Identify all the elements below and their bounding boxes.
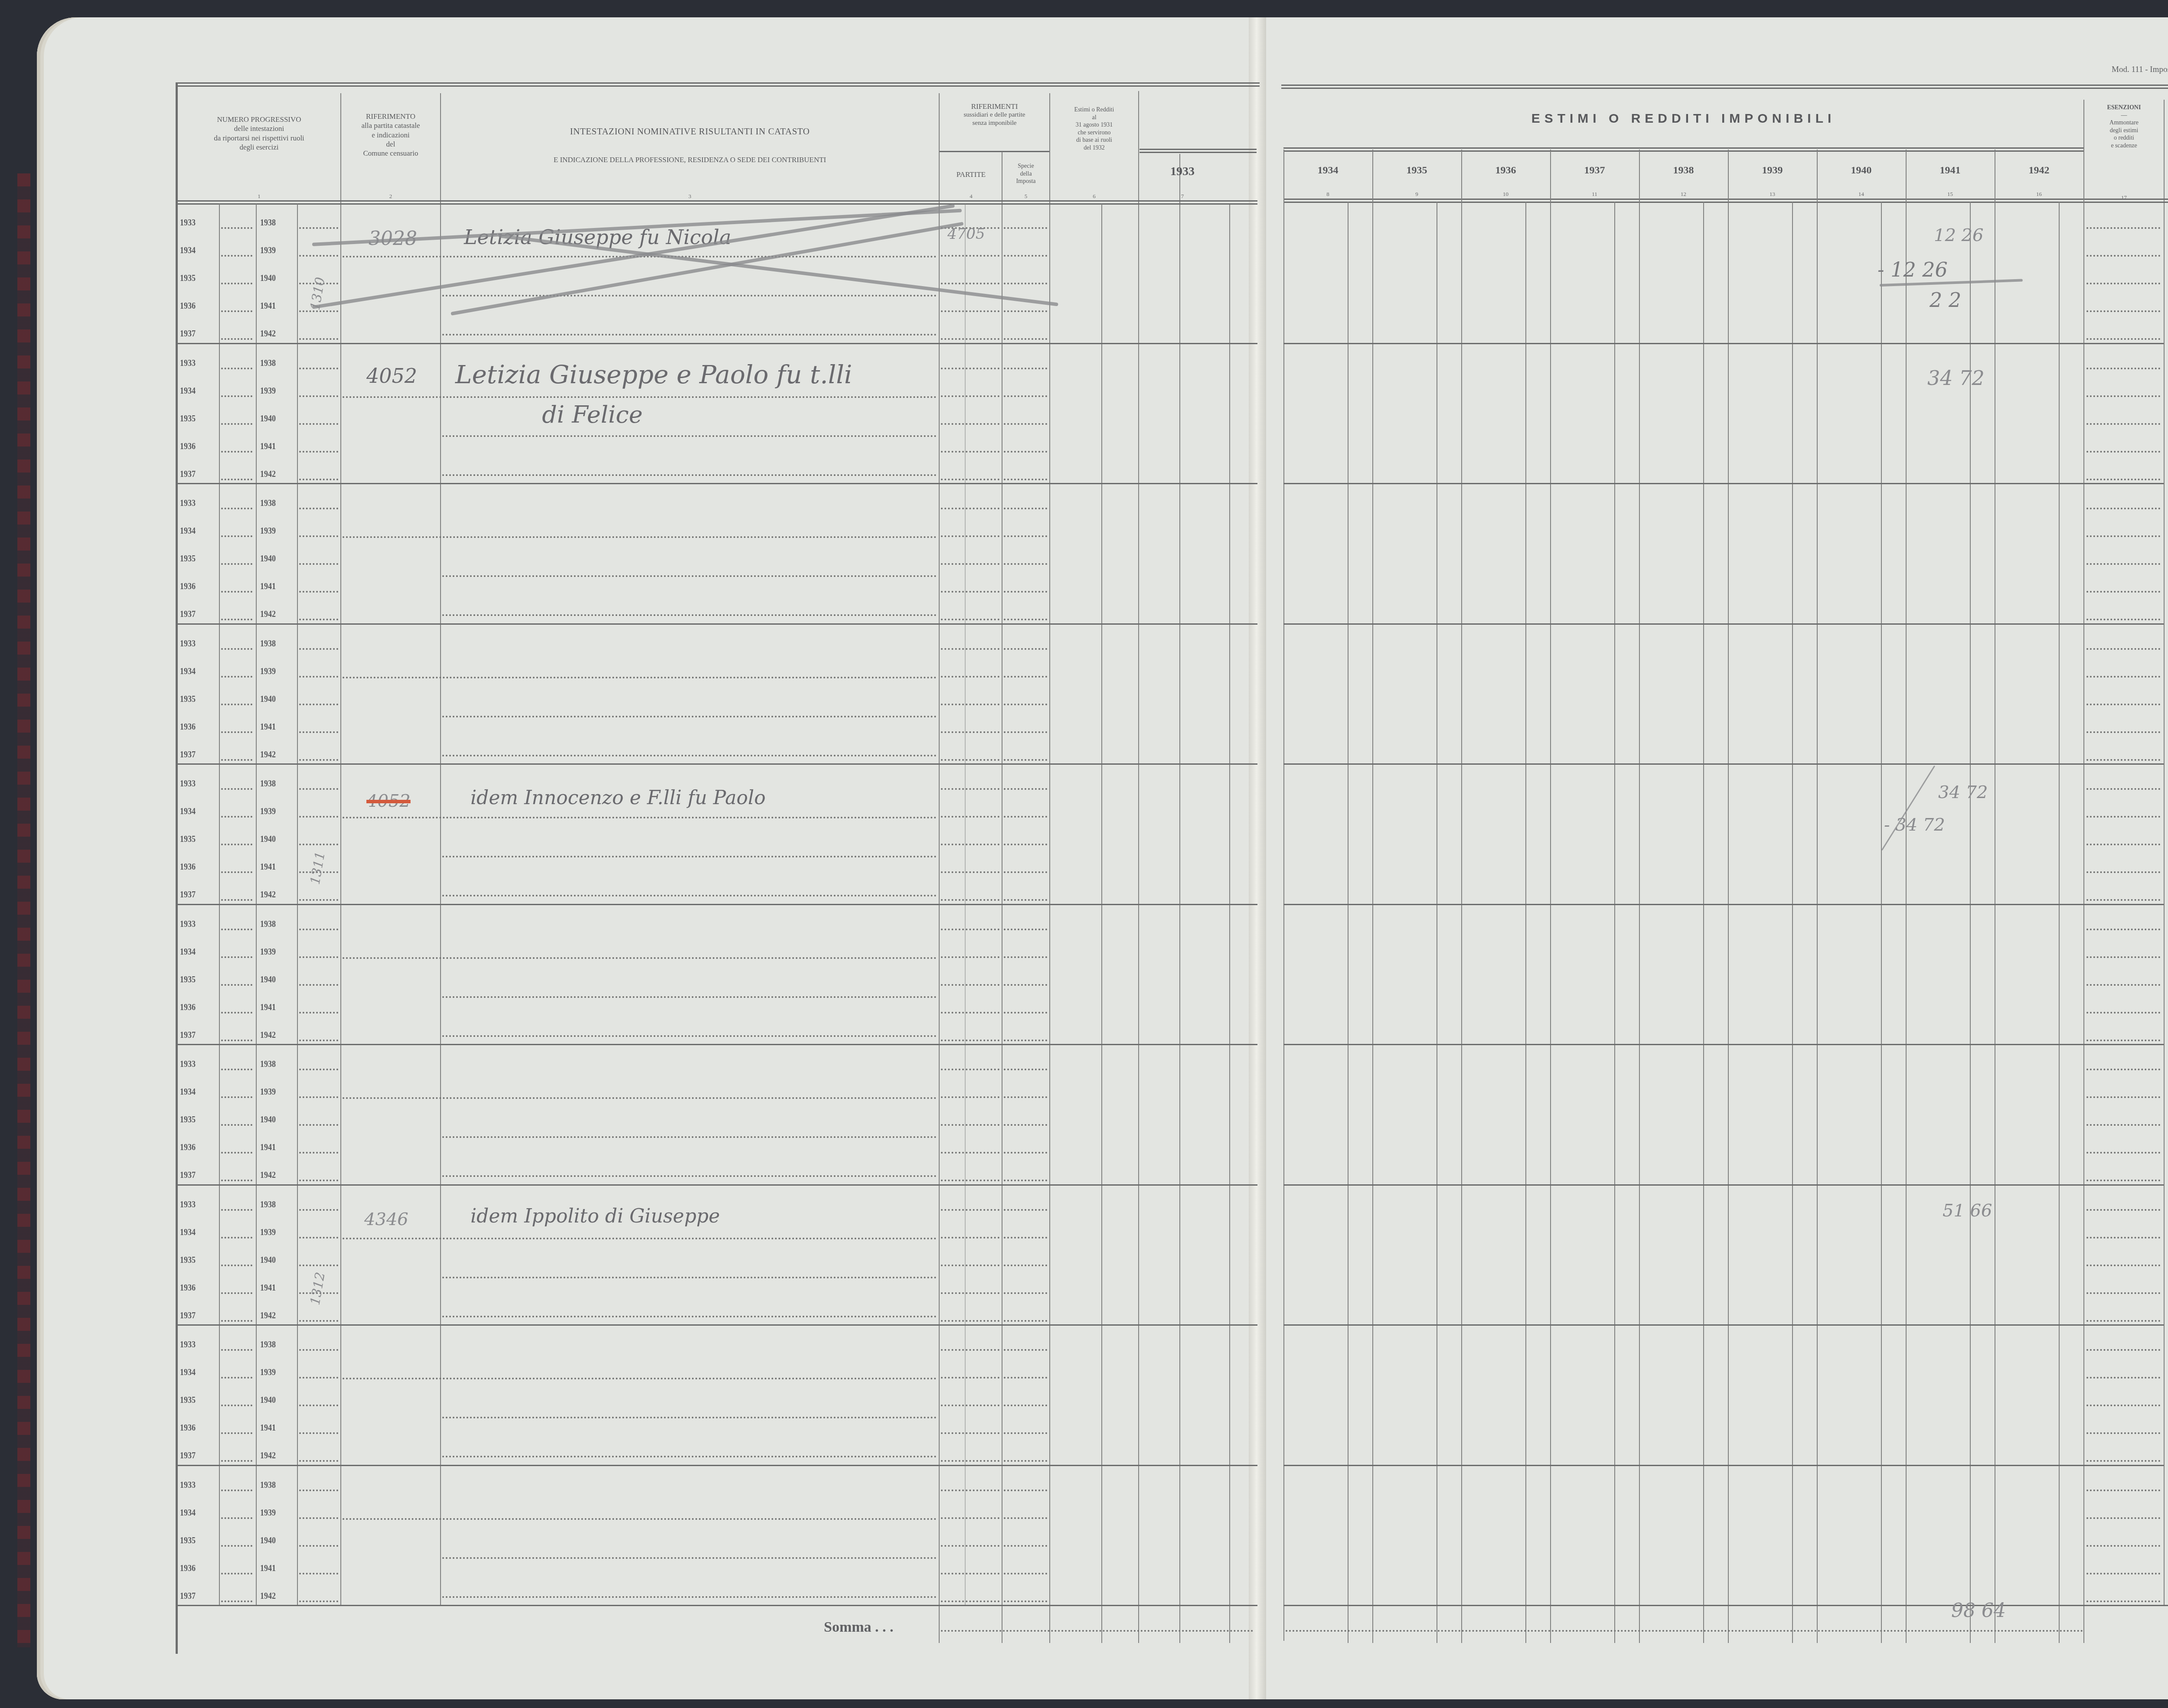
row-year-left: 1936	[180, 580, 196, 592]
dotted-line	[1004, 368, 1047, 369]
dotted-line	[1004, 310, 1047, 312]
header-line: Ammontare	[2084, 119, 2164, 127]
row-year-right: 1939	[260, 1226, 276, 1238]
dotted-line	[1004, 648, 1047, 650]
header-year-1936: 1936	[1461, 164, 1550, 177]
dotted-line	[299, 984, 338, 986]
row-year-right: 1939	[260, 244, 276, 256]
dotted-line	[221, 929, 252, 930]
cents-divider	[1703, 202, 1704, 1643]
dotted-line	[941, 956, 999, 958]
dotted-line	[1004, 423, 1047, 425]
header-esenzioni: ESENZIONI — Ammontare degli estimi o red…	[2084, 104, 2164, 150]
row-year-left: 1935	[180, 833, 196, 844]
somma-label: Somma . . .	[824, 1619, 894, 1636]
dotted-line	[442, 334, 937, 336]
block-divider	[178, 763, 1257, 765]
header-line: della	[1002, 170, 1049, 178]
entry-amount-1941: 51 66	[1943, 1201, 1992, 1221]
dotted-line	[299, 956, 338, 958]
dotted-line	[1004, 871, 1047, 873]
row-year-left: 1934	[180, 385, 196, 396]
dotted-line	[941, 1096, 999, 1098]
header-line: sussidiari e delle partite	[940, 111, 1049, 119]
dotted-line	[941, 395, 999, 397]
dotted-line	[1004, 844, 1047, 845]
dotted-line	[2086, 508, 2160, 509]
dotted-line	[1004, 1152, 1047, 1154]
dotted-line	[299, 423, 338, 425]
dotted-line	[299, 1517, 338, 1519]
column-number: 16	[1995, 191, 2083, 198]
dotted-line	[1004, 338, 1047, 340]
header-riferimenti-sussidiari: RIFERIMENTI sussidiari e delle partite s…	[940, 102, 1049, 127]
table-top-border	[1281, 85, 2168, 89]
row-year-left: 1937	[180, 749, 196, 760]
row-year-right: 1941	[260, 1422, 276, 1433]
dotted-line	[221, 368, 252, 369]
dotted-line	[2086, 1265, 2160, 1266]
dotted-line	[941, 1349, 999, 1351]
dotted-line	[2086, 479, 2160, 480]
dotted-line	[2086, 844, 2160, 845]
dotted-line	[941, 255, 999, 257]
dotted-line	[299, 1432, 338, 1434]
dotted-line	[941, 816, 999, 818]
dotted-line	[1004, 1096, 1047, 1098]
dotted-line	[1004, 676, 1047, 678]
dotted-line	[442, 755, 937, 756]
dotted-line	[1004, 1349, 1047, 1351]
dotted-line	[1004, 479, 1047, 480]
dotted-line	[2086, 1405, 2160, 1406]
dotted-line	[941, 704, 999, 705]
dotted-line	[941, 1292, 999, 1294]
dotted-line	[442, 575, 937, 577]
dotted-line	[299, 648, 338, 650]
dotted-line	[299, 563, 338, 565]
dotted-line	[1004, 704, 1047, 705]
row-year-right: 1941	[260, 300, 276, 311]
column-divider	[965, 204, 966, 1606]
dotted-line	[941, 731, 999, 733]
dotted-line	[221, 676, 252, 678]
dotted-line	[2086, 788, 2160, 790]
dotted-line	[2086, 1349, 2160, 1351]
header-line: degli estimi	[2084, 127, 2164, 135]
dotted-line	[2086, 731, 2160, 733]
dotted-line	[941, 451, 999, 453]
dotted-line	[941, 1460, 999, 1462]
block-divider	[1283, 483, 2164, 484]
row-year-left: 1937	[180, 889, 196, 900]
block-divider	[1283, 1605, 2168, 1606]
dotted-line	[1004, 1432, 1047, 1434]
dotted-line	[442, 474, 937, 476]
row-year-right: 1938	[260, 1199, 276, 1210]
header-line: da riportarsi nei rispettivi ruoli	[178, 134, 340, 143]
dotted-line	[299, 338, 338, 340]
dotted-line	[2086, 984, 2160, 986]
header-year-1939: 1939	[1728, 164, 1817, 177]
row-year-left: 1937	[180, 1590, 196, 1601]
header-bottom-border	[1283, 199, 2168, 203]
dotted-line	[221, 1320, 252, 1322]
column-divider	[1002, 152, 1002, 1643]
dotted-line	[442, 1277, 937, 1278]
row-year-left: 1936	[180, 1562, 196, 1574]
entry-partita-struck: 4052	[366, 791, 411, 811]
dotted-line	[221, 283, 252, 284]
dotted-line	[1004, 759, 1047, 761]
dotted-line	[2086, 704, 2160, 705]
dotted-line	[299, 535, 338, 537]
block-divider	[1283, 1044, 2164, 1045]
block-divider	[178, 1465, 1257, 1466]
row-year-left: 1937	[180, 608, 196, 619]
row-year-left: 1933	[180, 1199, 196, 1210]
dotted-line	[2086, 1180, 2160, 1181]
row-year-right: 1938	[260, 1479, 276, 1490]
dotted-line	[299, 1545, 338, 1547]
row-year-right: 1939	[260, 525, 276, 536]
dotted-line	[941, 676, 999, 678]
column-number: 13	[1728, 191, 1817, 198]
row-year-right: 1939	[260, 1366, 276, 1378]
column-divider	[1138, 91, 1139, 1643]
column-divider	[939, 93, 940, 1643]
dotted-line	[299, 704, 338, 705]
row-year-left: 1937	[180, 1029, 196, 1040]
dotted-line	[299, 1265, 338, 1266]
row-year-right: 1939	[260, 665, 276, 677]
dotted-line	[941, 788, 999, 790]
entry-name: idem Ippolito di Giuseppe	[470, 1205, 720, 1227]
dotted-line	[1004, 619, 1047, 620]
dotted-line	[941, 1432, 999, 1434]
dotted-line	[2086, 563, 2160, 565]
dotted-line	[941, 1545, 999, 1547]
row-year-right: 1940	[260, 833, 276, 844]
block-divider	[1283, 1324, 2164, 1326]
dotted-line	[2086, 1237, 2160, 1239]
block-divider	[178, 343, 1257, 344]
row-year-left: 1937	[180, 1310, 196, 1321]
dotted-line	[299, 1349, 338, 1351]
entry-name: Letizia Giuseppe e Paolo fu t.lli	[455, 360, 852, 389]
header-year-1934: 1934	[1283, 164, 1372, 177]
dotted-line	[941, 1265, 999, 1266]
header-estimi-1931: Estimi o Redditi al 31 agosto 1931 che s…	[1050, 106, 1138, 152]
entry-amount-1941: 34 72	[1938, 782, 1988, 802]
dotted-line	[941, 759, 999, 761]
dotted-line	[221, 1040, 252, 1041]
dotted-line	[221, 563, 252, 565]
dotted-line	[299, 395, 338, 397]
entry-name: idem Innocenzo e F.lli fu Paolo	[470, 787, 766, 809]
dotted-line	[1004, 535, 1047, 537]
row-year-right: 1941	[260, 721, 276, 732]
dotted-line	[1004, 1600, 1047, 1602]
dotted-line	[221, 1573, 252, 1574]
dotted-line	[221, 1209, 252, 1211]
dotted-line	[2086, 956, 2160, 958]
dotted-line	[442, 1136, 937, 1138]
entry-name-line2: di Felice	[542, 401, 643, 428]
row-year-left: 1933	[180, 1479, 196, 1490]
dotted-line	[221, 479, 252, 480]
dotted-line	[442, 1596, 937, 1598]
block-divider	[178, 1324, 1257, 1326]
row-year-left: 1935	[180, 413, 196, 424]
row-year-left: 1936	[180, 721, 196, 732]
row-year-left: 1936	[180, 1141, 196, 1153]
column-number: 6	[1050, 193, 1138, 200]
dotted-line	[1004, 1573, 1047, 1574]
dotted-line	[221, 1096, 252, 1098]
cents-divider	[1881, 202, 1882, 1643]
row-year-right: 1939	[260, 805, 276, 817]
header-line: alla partita catastale	[341, 121, 440, 130]
row-year-right: 1938	[260, 1339, 276, 1350]
dotted-line	[941, 1012, 999, 1014]
dotted-line	[299, 368, 338, 369]
block-divider	[1283, 904, 2164, 905]
dotted-line	[343, 536, 937, 538]
row-year-right: 1940	[260, 1254, 276, 1265]
row-year-left: 1937	[180, 1169, 196, 1180]
column-number: 12	[1639, 191, 1728, 198]
row-year-right: 1940	[260, 413, 276, 424]
header-year-1935: 1935	[1372, 164, 1461, 177]
column-divider	[1372, 150, 1373, 1643]
dotted-line	[221, 619, 252, 620]
entry-amount-1941: 12 26	[1934, 225, 1984, 245]
dotted-line	[299, 1180, 338, 1181]
dotted-line	[1004, 1012, 1047, 1014]
dotted-line	[941, 648, 999, 650]
dotted-line	[221, 1490, 252, 1491]
cents-divider	[1525, 202, 1526, 1643]
dotted-line	[221, 1517, 252, 1519]
dotted-line	[941, 1152, 999, 1154]
cents-divider	[1348, 202, 1348, 1643]
row-year-right: 1942	[260, 1590, 276, 1601]
dotted-line	[221, 451, 252, 453]
row-year-left: 1936	[180, 440, 196, 452]
cents-divider	[2059, 202, 2060, 1643]
header-line: del	[341, 140, 440, 149]
somma-dotted-line	[941, 1630, 1253, 1632]
dotted-line	[2086, 423, 2160, 425]
dotted-line	[343, 1378, 937, 1379]
row-year-left: 1937	[180, 468, 196, 479]
dotted-line	[299, 1490, 338, 1491]
dotted-line	[299, 1377, 338, 1379]
row-year-right: 1941	[260, 861, 276, 872]
dotted-line	[221, 1377, 252, 1379]
row-year-left: 1933	[180, 497, 196, 508]
dotted-line	[941, 871, 999, 873]
dotted-line	[221, 1152, 252, 1154]
dotted-line	[941, 1180, 999, 1181]
dotted-line	[1004, 227, 1047, 229]
dotted-line	[1004, 395, 1047, 397]
row-year-right: 1941	[260, 1141, 276, 1153]
dotted-line	[2086, 1320, 2160, 1322]
row-year-left: 1934	[180, 244, 196, 256]
dotted-line	[941, 1600, 999, 1602]
row-year-right: 1941	[260, 580, 276, 592]
dotted-line	[299, 1573, 338, 1574]
block-divider	[178, 623, 1257, 625]
dotted-line	[442, 1035, 937, 1037]
dotted-line	[2086, 816, 2160, 818]
dotted-line	[1004, 451, 1047, 453]
dotted-line	[2086, 1292, 2160, 1294]
header-title: NUMERO PROGRESSIVO	[178, 115, 340, 124]
row-year-right: 1942	[260, 468, 276, 479]
row-year-right: 1942	[260, 328, 276, 339]
block-divider	[178, 483, 1257, 484]
dotted-line	[299, 759, 338, 761]
header-year-1941: 1941	[1906, 164, 1995, 177]
header-title: RIFERIMENTO	[341, 112, 440, 121]
dotted-line	[343, 396, 937, 398]
dotted-line	[221, 1124, 252, 1126]
column-divider	[1049, 93, 1050, 1643]
dotted-line	[2086, 1377, 2160, 1379]
dotted-line	[221, 1265, 252, 1266]
header-line: delle intestazioni	[178, 124, 340, 133]
dotted-line	[442, 1316, 937, 1317]
dotted-line	[442, 435, 937, 437]
dotted-line	[343, 677, 937, 678]
dotted-line	[941, 984, 999, 986]
row-year-left: 1933	[180, 638, 196, 649]
dotted-line	[1004, 1377, 1047, 1379]
dotted-line	[221, 1545, 252, 1547]
column-divider	[1179, 154, 1180, 1643]
dotted-line	[1004, 899, 1047, 901]
dotted-line	[442, 996, 937, 998]
header-line: di base ai ruoli	[1050, 137, 1138, 144]
row-year-left: 1936	[180, 1282, 196, 1293]
block-divider	[178, 904, 1257, 905]
dotted-line	[299, 591, 338, 593]
dotted-line	[299, 255, 338, 257]
header-line: Specie	[1002, 163, 1049, 170]
column-divider	[1995, 150, 1995, 1643]
dotted-line	[941, 1377, 999, 1379]
dotted-line	[221, 1405, 252, 1406]
header-subdivider	[1140, 149, 1257, 153]
dotted-line	[221, 1237, 252, 1239]
row-year-left: 1936	[180, 861, 196, 872]
header-estimi-imponibili: ESTIMI O REDDITI IMPONIBILI	[1283, 111, 2083, 127]
dotted-line	[221, 423, 252, 425]
dotted-line	[221, 984, 252, 986]
dotted-line	[1004, 1124, 1047, 1126]
dotted-line	[343, 957, 937, 959]
dotted-line	[442, 1417, 937, 1418]
dotted-line	[1004, 1265, 1047, 1266]
header-line: degli esercizi	[178, 143, 340, 152]
row-year-right: 1940	[260, 1535, 276, 1546]
dotted-line	[2086, 255, 2160, 257]
dotted-line	[299, 508, 338, 509]
dotted-line	[221, 704, 252, 705]
dotted-line	[221, 1600, 252, 1602]
block-divider	[1283, 1465, 2164, 1466]
dotted-line	[941, 929, 999, 930]
dotted-line	[221, 871, 252, 873]
header-line: Comune censuario	[341, 149, 440, 158]
dotted-line	[343, 1097, 937, 1099]
row-year-right: 1939	[260, 385, 276, 396]
dotted-line	[1004, 591, 1047, 593]
row-year-left: 1933	[180, 1058, 196, 1069]
dotted-line	[2086, 929, 2160, 930]
row-year-left: 1935	[180, 553, 196, 564]
dotted-line	[2086, 899, 2160, 901]
block-divider	[1283, 1184, 2164, 1186]
row-year-left: 1933	[180, 217, 196, 228]
dotted-line	[1004, 1490, 1047, 1491]
header-line: o redditi	[2084, 134, 2164, 142]
row-year-right: 1939	[260, 946, 276, 957]
header-year-1933: 1933	[1139, 164, 1226, 179]
row-year-right: 1940	[260, 693, 276, 704]
dotted-line	[1004, 788, 1047, 790]
row-year-left: 1934	[180, 1226, 196, 1238]
row-year-left: 1935	[180, 1254, 196, 1265]
header-line: Estimi o Redditi	[1050, 106, 1138, 114]
header-year-1938: 1938	[1639, 164, 1728, 177]
dotted-line	[941, 368, 999, 369]
column-divider	[2164, 100, 2165, 1606]
column-divider	[1229, 204, 1230, 1643]
block-divider	[1283, 763, 2164, 765]
column-divider	[1639, 150, 1640, 1643]
dotted-line	[2086, 338, 2160, 340]
header-line: senza imponibile	[940, 119, 1049, 127]
dotted-line	[941, 423, 999, 425]
dotted-line	[1004, 1180, 1047, 1181]
dotted-line	[221, 591, 252, 593]
block-divider	[1283, 623, 2164, 625]
row-year-right: 1941	[260, 440, 276, 452]
dotted-line	[299, 1096, 338, 1098]
dotted-line	[941, 591, 999, 593]
column-number: 3	[441, 193, 939, 200]
dotted-line	[299, 1124, 338, 1126]
dotted-line	[1004, 1069, 1047, 1070]
dotted-line	[1004, 1545, 1047, 1547]
column-number: 7	[1139, 193, 1226, 200]
row-year-left: 1936	[180, 300, 196, 311]
dotted-line	[299, 1460, 338, 1462]
dotted-line	[343, 1238, 937, 1239]
dotted-line	[1004, 929, 1047, 930]
header-numero-progressivo: NUMERO PROGRESSIVO delle intestazioni da…	[178, 115, 340, 152]
cents-divider	[1437, 202, 1437, 1643]
dotted-line	[299, 1405, 338, 1406]
dotted-line	[941, 479, 999, 480]
header-year-1937: 1937	[1550, 164, 1639, 177]
dotted-line	[2086, 1460, 2160, 1462]
column-number: 4	[940, 193, 1002, 200]
